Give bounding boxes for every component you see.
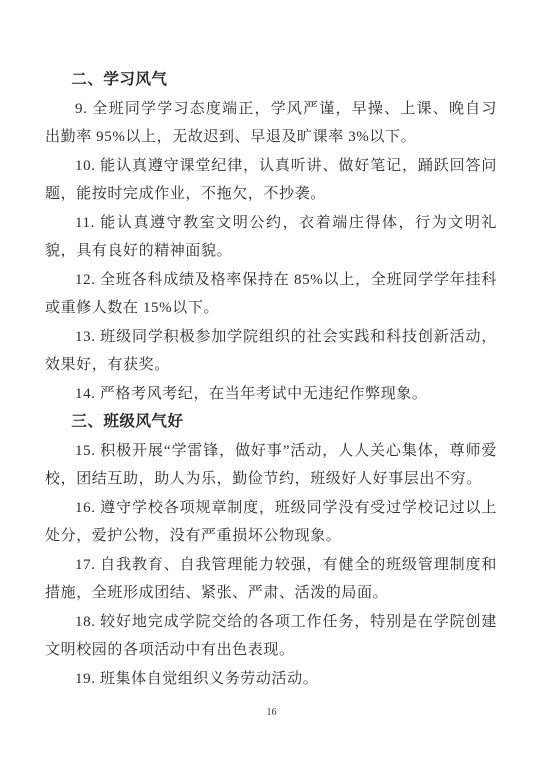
section-class-atmosphere: 三、班级风气好 15. 积极开展“学雷锋，做好事”活动，人人关心集体，尊师爱校，… [45, 408, 497, 693]
list-item-19: 19. 班集体自觉组织义务劳动活动。 [45, 665, 497, 694]
section-heading: 二、学习风气 [45, 66, 497, 95]
list-item-12: 12. 全班各科成绩及格率保持在 85%以上，全班同学学年挂科或重修人数在 15… [45, 266, 497, 323]
document-page: 二、学习风气 9. 全班同学学习态度端正，学风严谨，早操、上课、晚自习出勤率 9… [0, 0, 543, 768]
list-item-17: 17. 自我教育、自我管理能力较强，有健全的班级管理制度和措施，全班形成团结、紧… [45, 551, 497, 608]
list-item-16: 16. 遵守学校各项规章制度，班级同学没有受过学校记过以上处分，爱护公物，没有严… [45, 494, 497, 551]
list-item-13: 13. 班级同学积极参加学院组织的社会实践和科技创新活动，效果好，有获奖。 [45, 323, 497, 380]
list-item-10: 10. 能认真遵守课堂纪律，认真听讲、做好笔记，踊跃回答问题，能按时完成作业，不… [45, 152, 497, 209]
list-item-15: 15. 积极开展“学雷锋，做好事”活动，人人关心集体，尊师爱校，团结互助，助人为… [45, 437, 497, 494]
section-heading: 三、班级风气好 [45, 408, 497, 437]
list-item-18: 18. 较好地完成学院交给的各项工作任务，特别是在学院创建文明校园的各项活动中有… [45, 608, 497, 665]
list-item-14: 14. 严格考风考纪，在当年考试中无违纪作弊现象。 [45, 380, 497, 409]
list-item-9: 9. 全班同学学习态度端正，学风严谨，早操、上课、晚自习出勤率 95%以上，无故… [45, 95, 497, 152]
page-number: 16 [0, 707, 543, 718]
section-study-atmosphere: 二、学习风气 9. 全班同学学习态度端正，学风严谨，早操、上课、晚自习出勤率 9… [45, 66, 497, 408]
list-item-11: 11. 能认真遵守教室文明公约，衣着端庄得体，行为文明礼貌，具有良好的精神面貌。 [45, 209, 497, 266]
